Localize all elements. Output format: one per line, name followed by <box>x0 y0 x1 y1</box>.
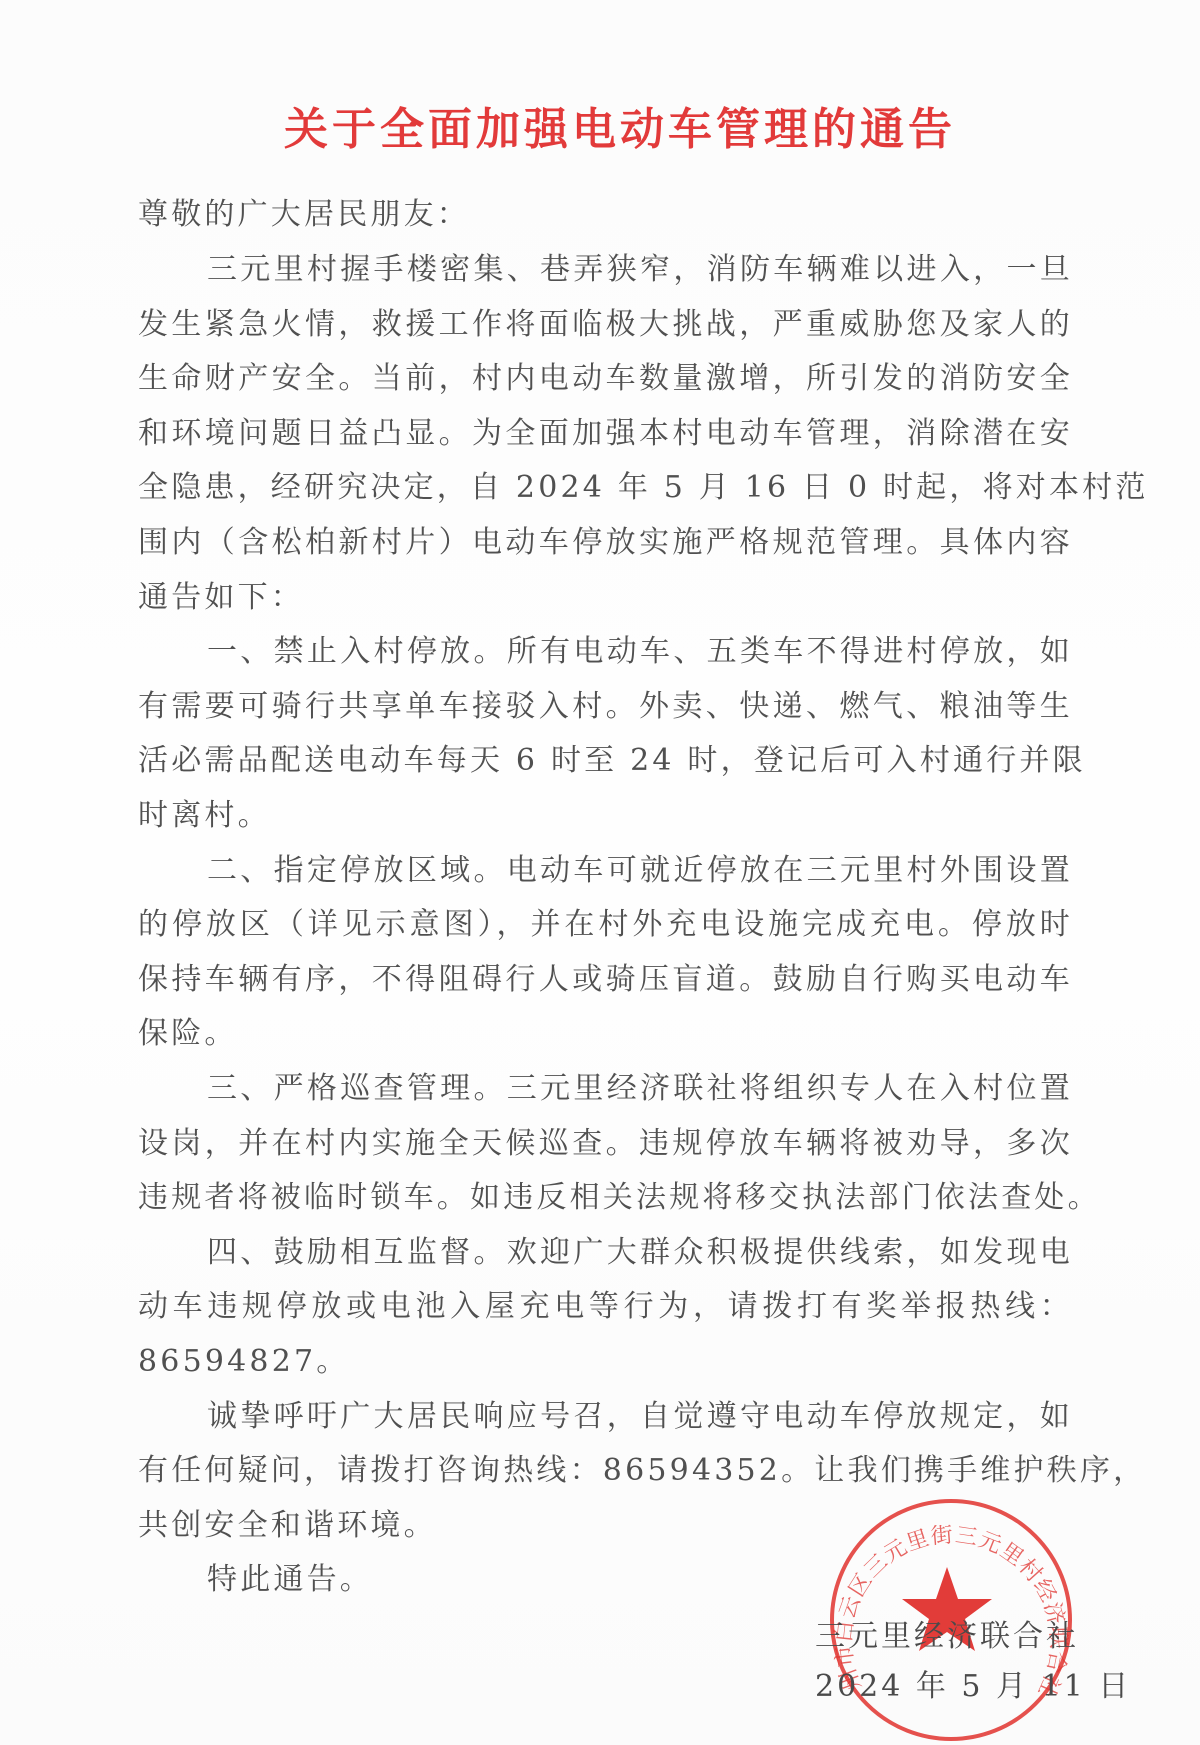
body-line: 三元里村握手楼密集、巷弄狭窄，消防车辆难以进入，一旦 <box>207 252 1073 288</box>
body-line: 的停放区（详见示意图），并在村外充电设施完成充电。停放时 <box>138 907 1073 943</box>
body-line: 活必需品配送电动车每天 6 时至 24 时，登记后可入村通行并限 <box>138 743 1073 779</box>
body-line: 时离村。 <box>138 798 1073 834</box>
body-line: 全隐患，经研究决定，自 2024 年 5 月 16 日 0 时起，将对本村范 <box>138 470 1073 506</box>
body-line: 二、指定停放区域。电动车可就近停放在三元里村外围设置 <box>207 853 1073 889</box>
signature-date: 2024 年 5 月 11 日 <box>815 1669 1077 1705</box>
body-line: 保持车辆有序，不得阻碍行人或骑压盲道。鼓励自行购买电动车 <box>138 962 1073 998</box>
body-line: 发生紧急火情，救援工作将面临极大挑战，严重威胁您及家人的 <box>138 307 1073 343</box>
body-line: 四、鼓励相互监督。欢迎广大群众积极提供线索，如发现电 <box>207 1235 1073 1271</box>
body-line: 生命财产安全。当前，村内电动车数量激增，所引发的消防安全 <box>138 361 1073 397</box>
body-line: 一、禁止入村停放。所有电动车、五类车不得进村停放，如 <box>207 634 1073 670</box>
salutation: 尊敬的广大居民朋友： <box>138 197 1073 233</box>
body-line: 保险。 <box>138 1016 1073 1052</box>
signature-organization: 三元里经济联合社 <box>815 1619 1077 1655</box>
document-page: 关于全面加强电动车管理的通告 尊敬的广大居民朋友： 三元里村握手楼密集、巷弄狭窄… <box>0 0 1200 1745</box>
body-line: 有需要可骑行共享单车接驳入村。外卖、快递、燃气、粮油等生 <box>138 689 1073 725</box>
body-line: 三、严格巡查管理。三元里经济联社将组织专人在入村位置 <box>207 1071 1073 1107</box>
body-line: 86594827。 <box>138 1344 1073 1380</box>
body-line: 和环境问题日益凸显。为全面加强本村电动车管理，消除潜在安 <box>138 416 1073 452</box>
body-line: 通告如下： <box>138 580 1073 616</box>
body-line: 有任何疑问，请拨打咨询热线：86594352。让我们携手维护秩序， <box>138 1453 1073 1489</box>
body-line: 动车违规停放或电池入屋充电等行为，请拨打有奖举报热线： <box>138 1289 1073 1325</box>
body-line: 违规者将被临时锁车。如违反相关法规将移交执法部门依法查处。 <box>138 1180 1073 1216</box>
body-line: 设岗，并在村内实施全天候巡查。违规停放车辆将被劝导，多次 <box>138 1126 1073 1162</box>
notice-title: 关于全面加强电动车管理的通告 <box>0 104 1200 156</box>
body-line: 围内（含松柏新村片）电动车停放实施严格规范管理。具体内容 <box>138 525 1073 561</box>
body-line: 诚挚呼吁广大居民响应号召，自觉遵守电动车停放规定，如 <box>207 1399 1073 1435</box>
